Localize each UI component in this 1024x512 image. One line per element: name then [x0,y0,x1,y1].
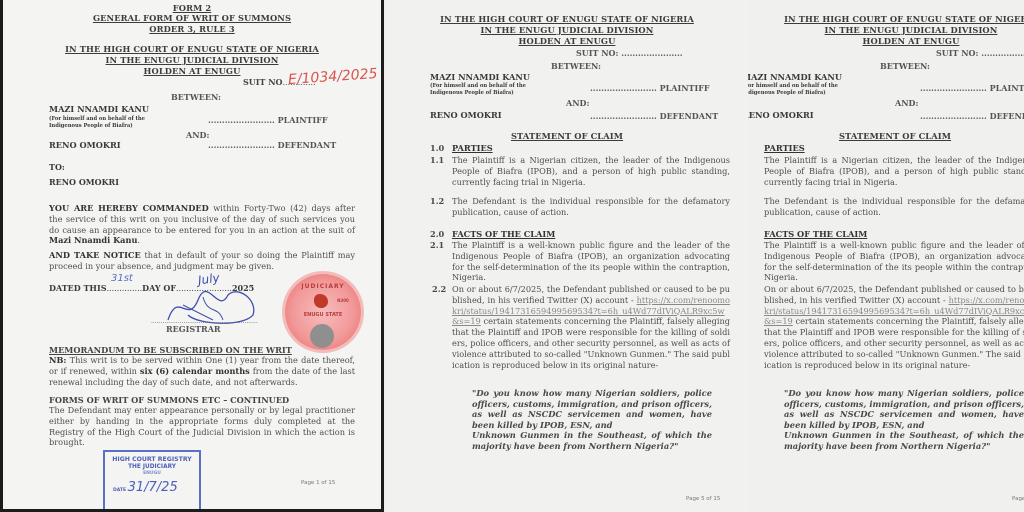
defendant-name: RENO OMOKRI [748,110,814,120]
between-label: BETWEEN: [171,92,221,102]
paragraph-2-2: On or about 6/7/2025, the Defendant publ… [764,284,1024,370]
paragraph-number: 2.2 [432,284,446,294]
nb-paragraph: NB: This writ is to be served within One… [49,355,355,387]
paragraph-2-1: The Plaintiff is a well-known public fig… [764,240,1024,283]
memo-heading: MEMORANDUM TO BE SUBSCRIBED ON THE WRIT [49,345,292,355]
plaintiff-note-1: (For himself and on behalf of the [748,83,838,90]
plaintiff-note-2: Indigenous People of Biafra) [49,123,133,130]
plaintiff-note-1: (For himself and on behalf of the [430,83,526,90]
plaintiff-note-1: (For himself and on behalf of the [49,116,145,123]
section-heading-facts: FACTS OF THE CLAIM [764,229,867,239]
court-line-2: IN THE ENUGU JUDICIAL DIVISION [386,25,748,35]
court-line-2: IN THE ENUGU JUDICIAL DIVISION [3,55,381,65]
high-court-registry-stamp: HIGH COURT REGISTRY THE JUDICIARY ENUGU … [103,450,201,512]
and-label: AND: [895,98,918,108]
plaintiff-name: MAZI NNAMDI KANU [748,72,842,82]
statement-of-claim-page: IN THE HIGH COURT OF ENUGU STATE OF NIGE… [386,0,748,512]
court-line-1: IN THE HIGH COURT OF ENUGU STATE OF NIGE… [748,14,1024,24]
claim-title: STATEMENT OF CLAIM [748,131,1024,141]
suit-number: SUIT NO: ...................... [936,48,1024,58]
court-line-1: IN THE HIGH COURT OF ENUGU STATE OF NIGE… [3,44,381,54]
defendant-role: ........................ DEFENDANT [920,111,1024,121]
dated-day-handwritten: 31st [111,273,133,284]
court-line-1: IN THE HIGH COURT OF ENUGU STATE OF NIGE… [386,14,748,24]
defendant-name: RENO OMOKRI [49,140,121,150]
claim-title: STATEMENT OF CLAIM [386,131,748,141]
registrar-label: REGISTRAR [166,324,221,334]
page-number: Page 1 of 15 [301,480,335,486]
between-label: BETWEEN: [880,61,930,71]
to-label: TO: [49,162,65,172]
section-heading-parties: PARTIES [452,143,493,153]
court-line-2: IN THE ENUGU JUDICIAL DIVISION [748,25,1024,35]
registry-date-handwritten: 31/7/25 [128,480,178,495]
command-paragraph: YOU ARE HEREBY COMMANDED within Forty-Tw… [49,203,355,246]
plaintiff-note-2: Indigenous People of Biafra) [430,90,514,97]
page-number: Page 5 of 15 [1012,496,1024,502]
defendant-name: RENO OMOKRI [430,110,502,120]
section-heading-parties: PARTIES [764,143,805,153]
plaintiff-role: ........................ PLAINTIFF [208,115,328,125]
plaintiff-name: MAZI NNAMDI KANU [49,104,149,114]
notice-paragraph: AND TAKE NOTICE that in default of your … [49,250,355,272]
defendant-role: ........................ DEFENDANT [208,140,336,150]
court-line-3: HOLDEN AT ENUGU [748,36,1024,46]
forms-paragraph: The Defendant may enter appearance perso… [49,405,355,448]
and-label: AND: [186,130,209,140]
writ-of-summons-page: FORM 2 GENERAL FORM OF WRIT OF SUMMONS O… [0,0,384,512]
plaintiff-note-2: Indigenous People of Biafra) [748,90,826,97]
section-heading-facts: FACTS OF THE CLAIM [452,229,555,239]
and-label: AND: [566,98,589,108]
plaintiff-name: MAZI NNAMDI KANU [430,72,530,82]
paragraph-number: 1.1 [430,155,444,165]
forms-heading: FORMS OF WRIT OF SUMMONS ETC – CONTINUED [49,395,289,405]
paragraph-2-1: The Plaintiff is a well-known public fig… [452,240,730,283]
paragraph-1-1: The Plaintiff is a Nigerian citizen, the… [764,155,1024,187]
plaintiff-role: ........................ PLAINTIFF [590,83,710,93]
order-rule: ORDER 3, RULE 3 [3,24,381,34]
paragraph-1-1: The Plaintiff is a Nigerian citizen, the… [452,155,730,187]
quoted-publication-1: "Do you know how many Nigerian soldiers,… [784,388,1024,430]
quoted-publication-2: Unknown Gunmen in the Southeast, of whic… [784,430,1024,451]
judiciary-seal: JUDICIARY N300 ENUGU STATE [285,274,361,350]
defendant-role: ........................ DEFENDANT [590,111,718,121]
quoted-publication-1: "Do you know how many Nigerian soldiers,… [472,388,712,430]
to-name: RENO OMOKRI [49,177,119,187]
page-number: Page 5 of 15 [686,496,720,502]
paragraph-number: 1.2 [430,196,444,206]
section-number: 1.0 [430,143,444,153]
section-number: 2.0 [430,229,444,239]
paragraph-1-2: The Defendant is the individual responsi… [764,196,1024,218]
form-number: FORM 2 [3,3,381,13]
paragraph-2-2: On or about 6/7/2025, the Defendant publ… [452,284,730,370]
suit-number: SUIT NO: ...................... [576,48,683,58]
paragraph-number: 2.1 [430,240,444,250]
court-line-3: HOLDEN AT ENUGU [386,36,748,46]
statement-of-claim-page-duplicate: IN THE HIGH COURT OF ENUGU STATE OF NIGE… [748,0,1024,512]
paragraph-1-2: The Defendant is the individual responsi… [452,196,730,218]
quoted-publication-2: Unknown Gunmen in the Southeast, of whic… [472,430,712,451]
form-title: GENERAL FORM OF WRIT OF SUMMONS [3,13,381,23]
between-label: BETWEEN: [551,61,601,71]
plaintiff-role: ........................ PLAINTIFF [920,83,1024,93]
seal-emblem-icon [310,324,334,348]
